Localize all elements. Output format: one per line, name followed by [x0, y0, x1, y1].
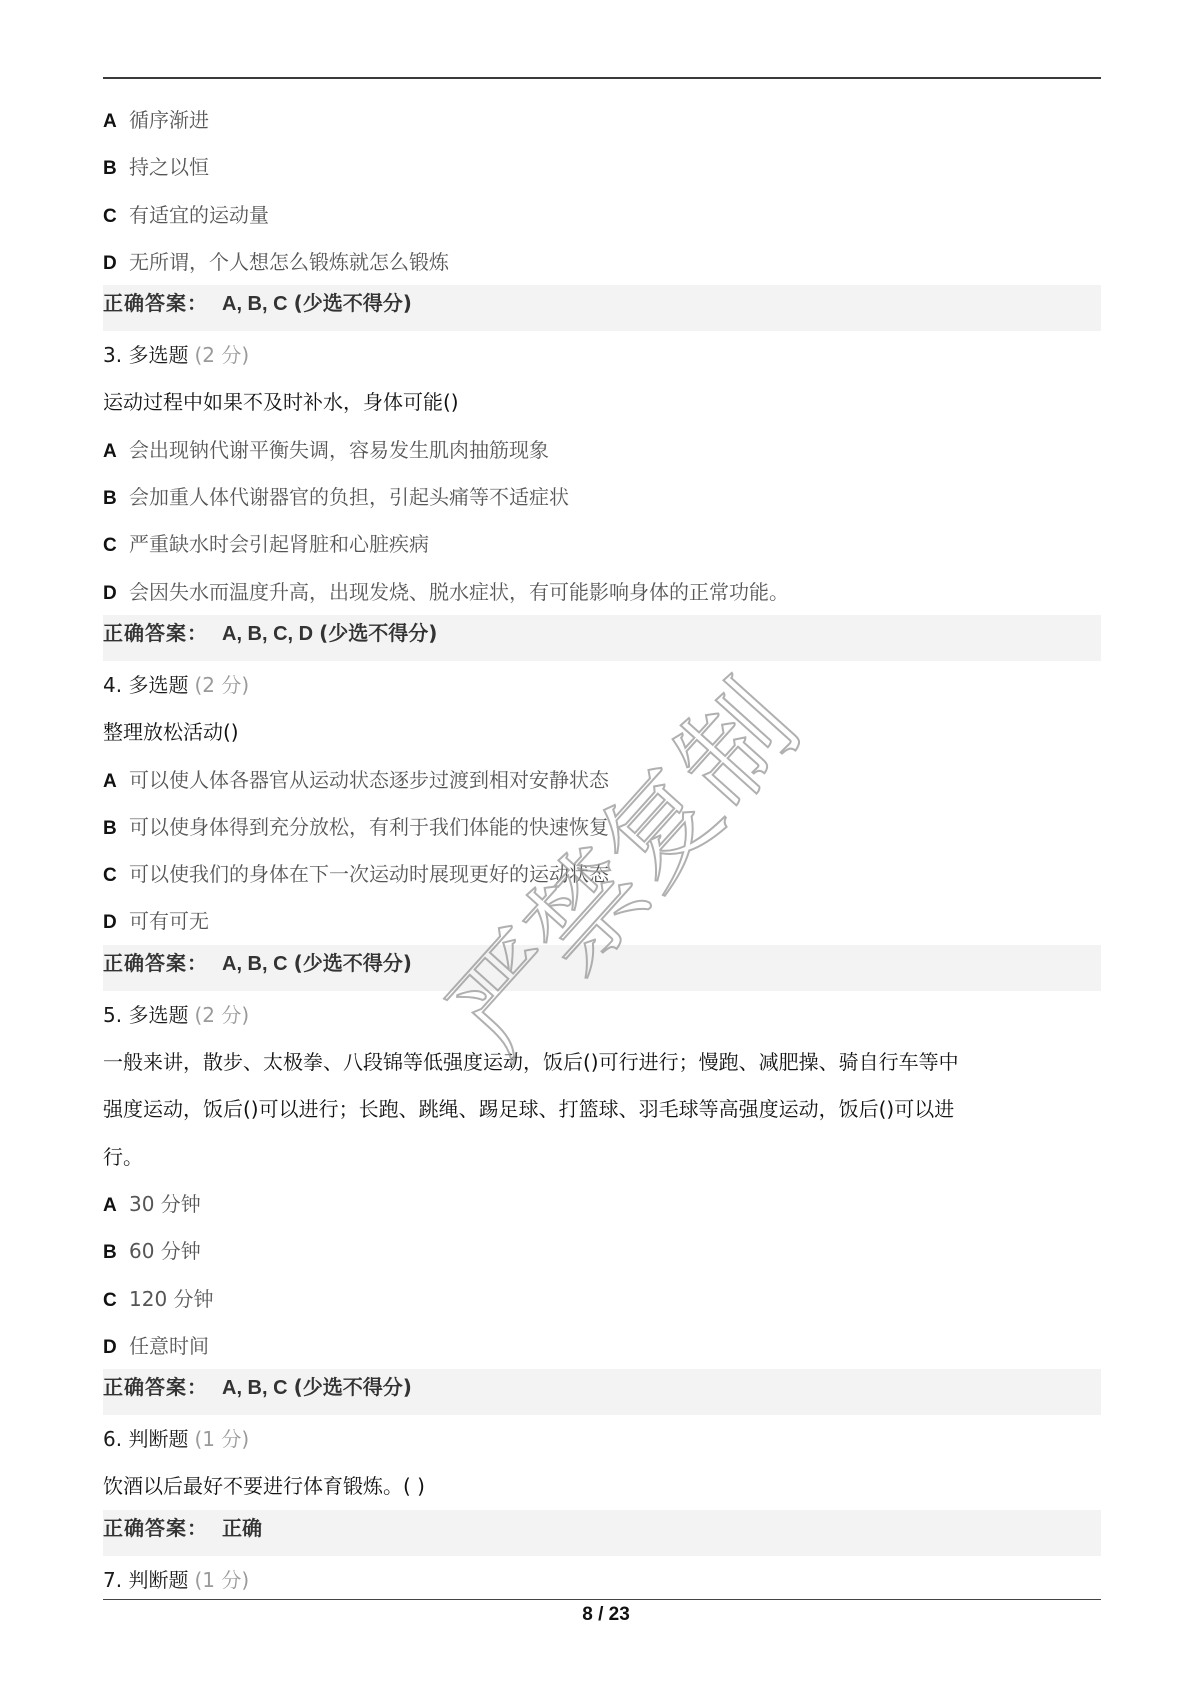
option-text: 会出现钠代谢平衡失调，容易发生肌肉抽筋现象 [129, 438, 549, 462]
option-c: C可以使我们的身体在下一次运动时展现更好的运动状态 [103, 851, 1101, 898]
option-text: 无所谓，个人想怎么锻炼就怎么锻炼 [129, 250, 449, 274]
option-letter: A [103, 1182, 129, 1229]
question-header: 6. 判断题(1 分) [103, 1416, 1101, 1463]
question-points: (2 分) [194, 673, 249, 697]
option-text: 任意时间 [129, 1334, 209, 1358]
option-a: A循序渐进 [103, 97, 1101, 144]
question-type: 判断题 [128, 1427, 188, 1451]
question-type: 判断题 [128, 1568, 188, 1592]
page-number: 8 / 23 [0, 1604, 1204, 1626]
option-b: B60 分钟 [103, 1228, 1101, 1275]
option-text: 可以使我们的身体在下一次运动时展现更好的运动状态 [129, 862, 609, 886]
question-stem: 运动过程中如果不及时补水，身体可能() [103, 379, 1101, 426]
option-text: 30 分钟 [129, 1192, 201, 1216]
question-number: 6. [103, 1427, 122, 1451]
option-text: 可有可无 [129, 909, 209, 933]
option-b: B可以使身体得到充分放松，有利于我们体能的快速恢复 [103, 804, 1101, 851]
question-number: 3. [103, 343, 122, 367]
option-b: B会加重人体代谢器官的负担，引起头痛等不适症状 [103, 474, 1101, 521]
option-text: 有适宜的运动量 [129, 203, 269, 227]
correct-answer-bar: 正确答案：A, B, C(少选不得分) [103, 285, 1101, 331]
question-header: 4. 多选题(2 分) [103, 662, 1101, 709]
option-letter: C [103, 193, 129, 240]
question-header: 7. 判断题(1 分) [103, 1557, 1101, 1604]
answer-label: 正确答案： [103, 291, 208, 315]
option-c: C有适宜的运动量 [103, 192, 1101, 239]
answer-note: (少选不得分) [294, 1375, 412, 1399]
header-rule [103, 77, 1101, 79]
question-stem: 整理放松活动() [103, 709, 1101, 756]
answer-value: A, B, C [222, 953, 288, 975]
option-text: 持之以恒 [129, 155, 209, 179]
option-a: A会出现钠代谢平衡失调，容易发生肌肉抽筋现象 [103, 427, 1101, 474]
answer-note: (少选不得分) [294, 291, 412, 315]
footer-rule [103, 1599, 1101, 1600]
option-letter: B [103, 1229, 129, 1276]
correct-answer-bar: 正确答案：A, B, C(少选不得分) [103, 945, 1101, 991]
option-letter: B [103, 475, 129, 522]
answer-note: (少选不得分) [294, 951, 412, 975]
question-points: (2 分) [194, 1003, 249, 1027]
option-text: 严重缺水时会引起肾脏和心脏疾病 [129, 532, 429, 556]
option-text: 循序渐进 [129, 108, 209, 132]
question-type: 多选题 [128, 343, 188, 367]
answer-value: A, B, C, D [222, 623, 313, 645]
question-stem: 饮酒以后最好不要进行体育锻炼。( ) [103, 1463, 1101, 1510]
option-text: 可以使人体各器官从运动状态逐步过渡到相对安静状态 [129, 768, 609, 792]
answer-note: (少选不得分) [319, 621, 437, 645]
question-points: (2 分) [194, 343, 249, 367]
question-number: 7. [103, 1568, 122, 1592]
option-letter: C [103, 852, 129, 899]
option-letter: C [103, 522, 129, 569]
option-d: D无所谓，个人想怎么锻炼就怎么锻炼 [103, 239, 1101, 286]
question-points: (1 分) [194, 1568, 249, 1592]
option-text: 120 分钟 [129, 1287, 214, 1311]
option-text: 会加重人体代谢器官的负担，引起头痛等不适症状 [129, 485, 569, 509]
option-text: 60 分钟 [129, 1239, 201, 1263]
question-stem-line: 行。 [103, 1134, 1101, 1181]
question-stem-line: 强度运动，饭后()可以进行；长跑、跳绳、踢足球、打篮球、羽毛球等高强度运动，饭后… [103, 1086, 1101, 1133]
option-letter: B [103, 805, 129, 852]
question-type: 多选题 [128, 1003, 188, 1027]
question-header: 5. 多选题(2 分) [103, 992, 1101, 1039]
answer-value: A, B, C [222, 1377, 288, 1399]
option-b: B持之以恒 [103, 144, 1101, 191]
option-letter: A [103, 428, 129, 475]
option-letter: D [103, 240, 129, 287]
option-d: D任意时间 [103, 1323, 1101, 1370]
option-a: A可以使人体各器官从运动状态逐步过渡到相对安静状态 [103, 757, 1101, 804]
question-stem-line: 一般来讲，散步、太极拳、八段锦等低强度运动，饭后()可行进行；慢跑、减肥操、骑自… [103, 1039, 1101, 1086]
question-number: 4. [103, 673, 122, 697]
question-number: 5. [103, 1003, 122, 1027]
option-letter: D [103, 570, 129, 617]
question-points: (1 分) [194, 1427, 249, 1451]
correct-answer-bar: 正确答案：A, B, C, D(少选不得分) [103, 615, 1101, 661]
answer-value: 正确 [222, 1518, 262, 1540]
correct-answer-bar: 正确答案：正确 [103, 1510, 1101, 1556]
option-c: C严重缺水时会引起肾脏和心脏疾病 [103, 521, 1101, 568]
option-letter: D [103, 899, 129, 946]
answer-label: 正确答案： [103, 951, 208, 975]
option-letter: A [103, 98, 129, 145]
option-a: A30 分钟 [103, 1181, 1101, 1228]
answer-label: 正确答案： [103, 621, 208, 645]
option-letter: D [103, 1324, 129, 1371]
question-type: 多选题 [128, 673, 188, 697]
option-letter: C [103, 1277, 129, 1324]
answer-label: 正确答案： [103, 1516, 208, 1540]
option-d: D会因失水而温度升高，出现发烧、脱水症状，有可能影响身体的正常功能。 [103, 569, 1101, 616]
question-header: 3. 多选题(2 分) [103, 332, 1101, 379]
option-text: 会因失水而温度升高，出现发烧、脱水症状，有可能影响身体的正常功能。 [129, 580, 789, 604]
option-letter: A [103, 758, 129, 805]
answer-label: 正确答案： [103, 1375, 208, 1399]
document-body: A循序渐进 B持之以恒 C有适宜的运动量 D无所谓，个人想怎么锻炼就怎么锻炼 正… [103, 97, 1101, 1604]
option-text: 可以使身体得到充分放松，有利于我们体能的快速恢复 [129, 815, 609, 839]
option-c: C120 分钟 [103, 1276, 1101, 1323]
answer-value: A, B, C [222, 293, 288, 315]
option-letter: B [103, 145, 129, 192]
correct-answer-bar: 正确答案：A, B, C(少选不得分) [103, 1369, 1101, 1415]
option-d: D可有可无 [103, 898, 1101, 945]
